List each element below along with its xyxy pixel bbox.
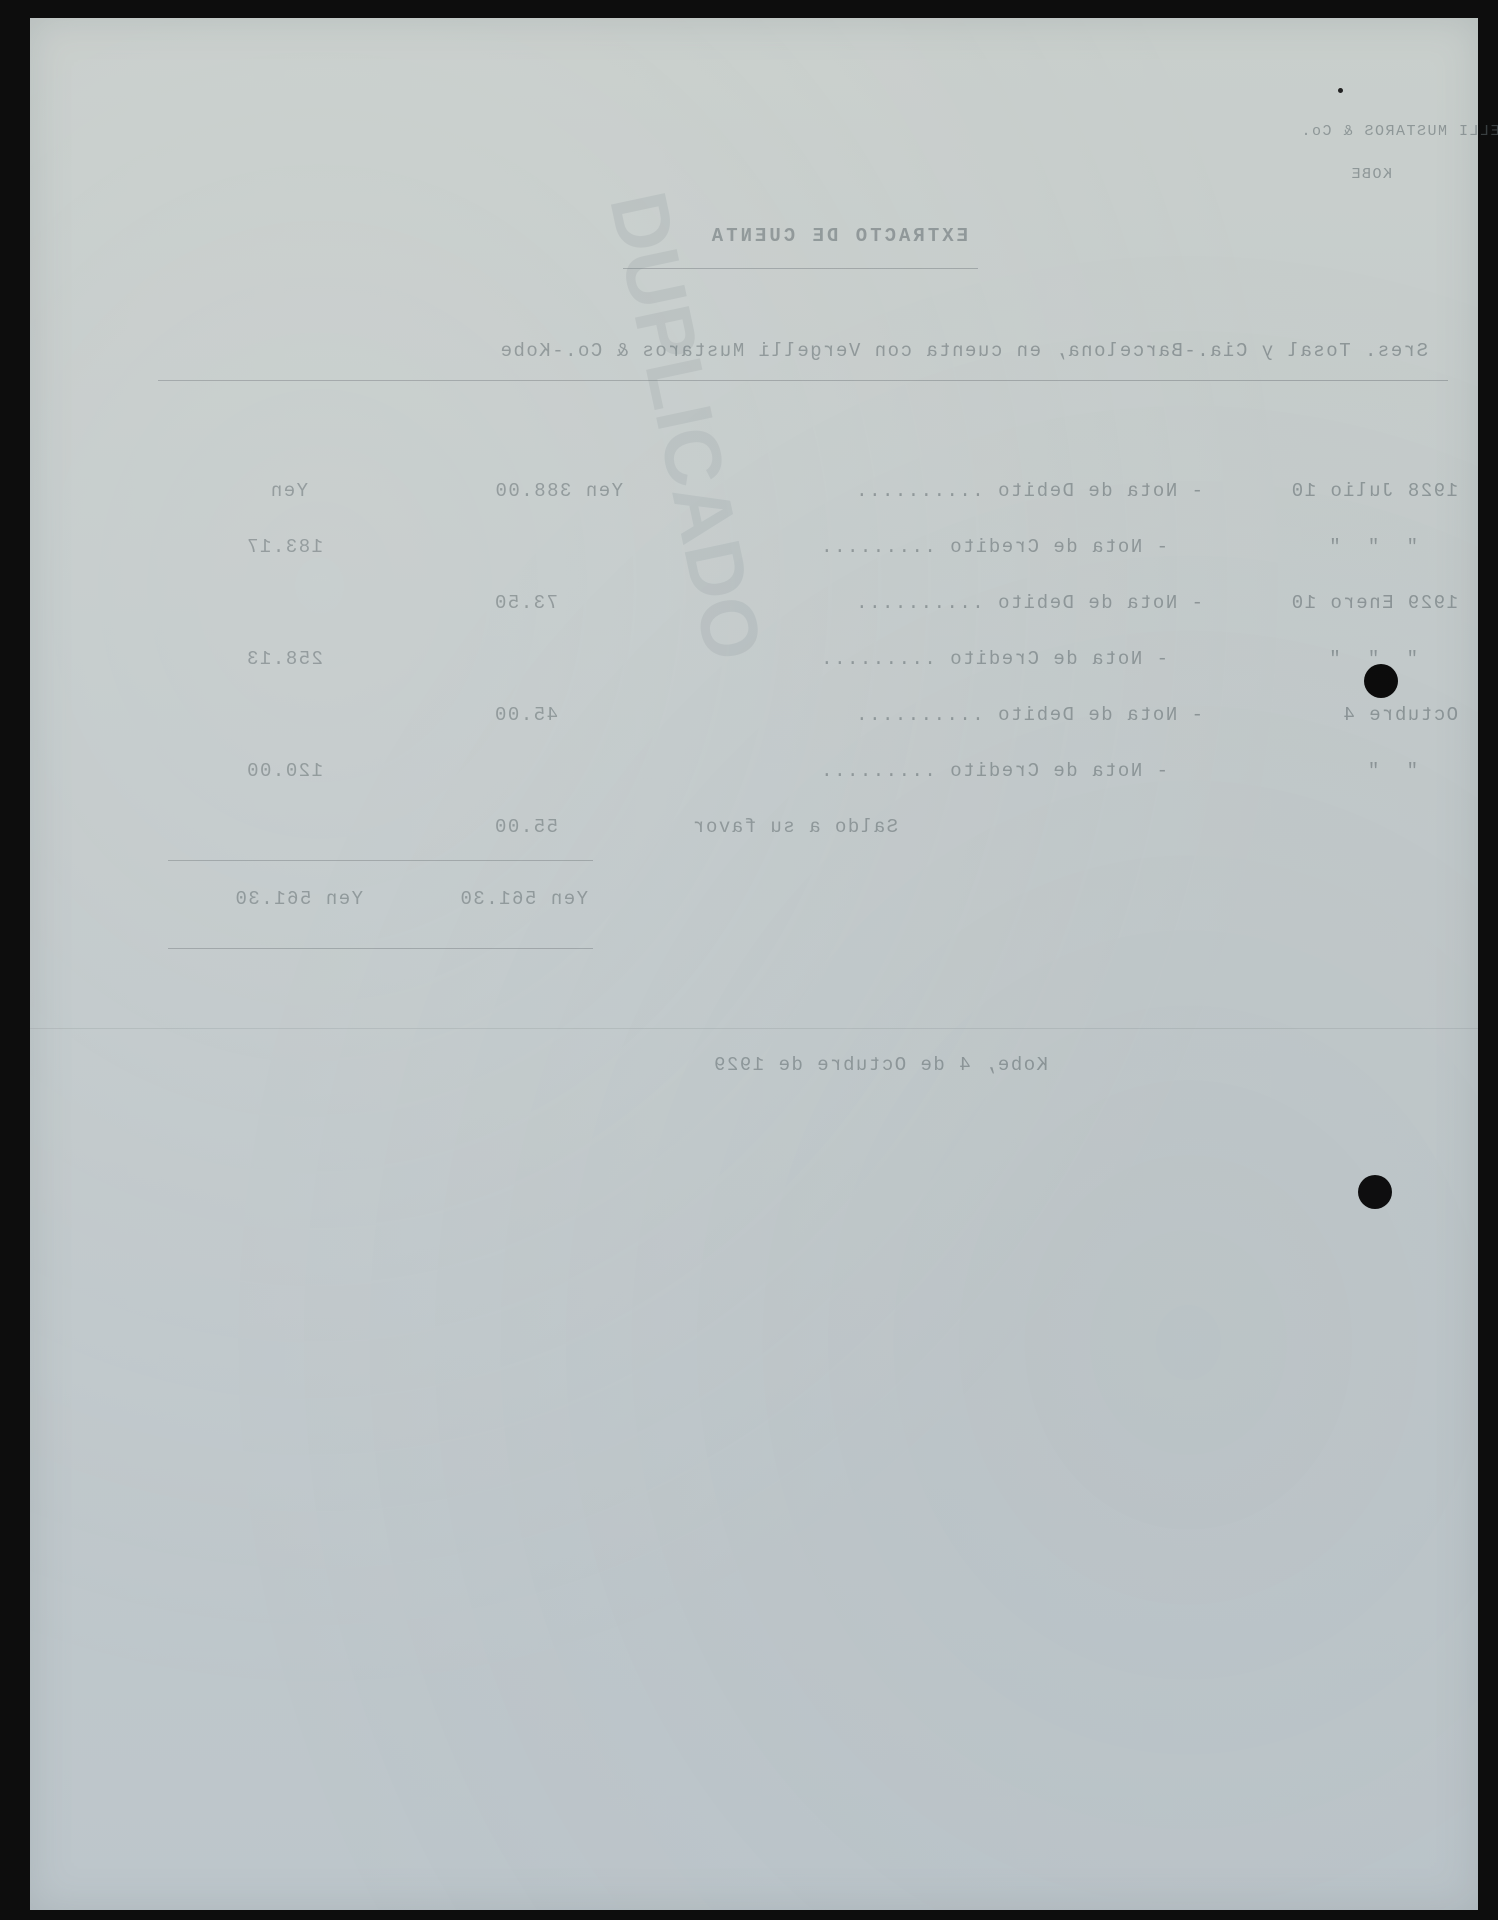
balance-amount: 55.00 [493,816,558,838]
totals-double-rule [168,948,593,949]
entry-desc: - Nota de Credito ......... [820,536,1168,558]
entry-desc: - Nota de Credito ......... [820,648,1168,670]
letterhead-city: KOBE [1350,166,1392,183]
total-debit: Yen 561.30 [459,888,588,910]
balance-label: Saldo a su favor [692,816,898,838]
entry-date: 1929 Enero 10 [1290,592,1458,614]
letterhead-company: VERGELLI MUSTAROS & Co. [1300,123,1498,140]
entry-date: 1928 Julio 10 [1290,480,1458,502]
entry-date: " " " [1328,648,1418,670]
entry-desc: - Nota de Credito ......... [820,760,1168,782]
total-credit: Yen 561.30 [234,888,363,910]
entry-credit: Yen [269,480,308,502]
entry-desc: - Nota de Debito .......... [855,704,1203,726]
entry-debit: 73.50 [493,592,558,614]
entry-debit: 45.00 [493,704,558,726]
entry-desc: - Nota de Debito .......... [855,480,1203,502]
document-title: EXTRACTO DE CUENTA [709,225,968,247]
document-sheet: DUPLICADO VERGELLI MUSTAROS & Co. KOBE E… [30,18,1478,1910]
addressee-line: Sres. Tosal y Cia.-Barcelona, en cuenta … [499,340,1428,362]
entry-date: " " " [1328,536,1418,558]
mirrored-text-layer: VERGELLI MUSTAROS & Co. KOBE EXTRACTO DE… [30,18,1478,1910]
title-underline [623,268,978,269]
entry-credit: 258.13 [246,648,323,670]
entry-desc: - Nota de Debito .......... [855,592,1203,614]
entry-date: Octubre 4 [1342,704,1458,726]
header-rule [158,380,1448,381]
entry-credit: 183.17 [246,536,323,558]
closing-date-line: Kobe, 4 de Octubre de 1929 [713,1054,1048,1076]
entry-debit: Yen 388.00 [494,480,623,502]
totals-rule [168,860,593,861]
entry-credit: 120.00 [246,760,323,782]
entry-date: " " [1366,760,1418,782]
